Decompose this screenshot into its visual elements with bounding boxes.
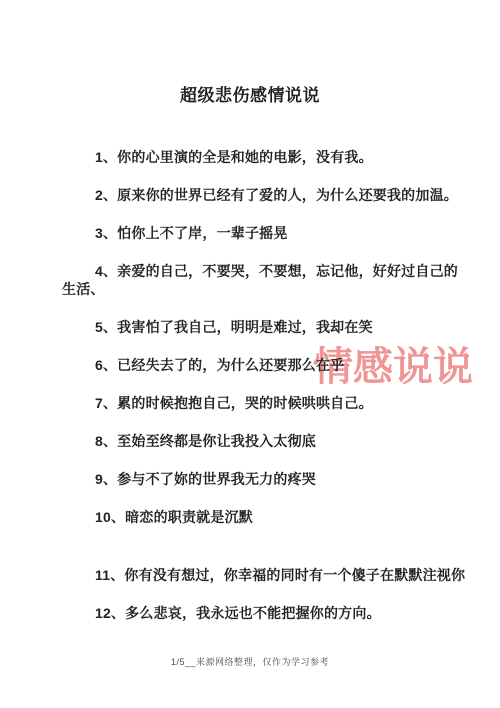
- list-item: 6、已经失去了的，为什么还要那么在乎: [62, 356, 466, 374]
- page-title: 超级悲伤感情说说: [0, 0, 500, 106]
- list-item: 1、你的心里演的全是和她的电影，没有我。: [62, 148, 466, 166]
- list-item: 3、怕你上不了岸，一辈子摇晃: [62, 224, 466, 242]
- list-item: 5、我害怕了我自己，明明是难过，我却在笑: [62, 318, 466, 336]
- list-item: 8、至始至终都是你让我投入太彻底: [62, 432, 466, 450]
- list-item: 9、参与不了妳的世界我无力的疼哭: [62, 470, 466, 488]
- list-item: 2、原来你的世界已经有了爱的人，为什么还要我的加温。: [62, 186, 466, 204]
- list-item: 12、多么悲哀，我永远也不能把握你的方向。: [62, 604, 466, 622]
- list-item: 10、暗恋的职责就是沉默: [62, 508, 466, 526]
- quote-list: 1、你的心里演的全是和她的电影，没有我。 2、原来你的世界已经有了爱的人，为什么…: [0, 148, 500, 622]
- page-footer: 1/5__来源网络整理，仅作为学习参考: [0, 656, 500, 668]
- list-item: 4、亲爱的自己，不要哭，不要想，忘记他，好好过自己的生活、: [62, 262, 466, 298]
- list-item: 7、累的时候抱抱自己，哭的时候哄哄自己。: [62, 394, 466, 412]
- list-item: 11、你有没有想过，你幸福的同时有一个傻子在默默注视你: [62, 566, 466, 584]
- document-page: 超级悲伤感情说说 1、你的心里演的全是和她的电影，没有我。 2、原来你的世界已经…: [0, 0, 500, 708]
